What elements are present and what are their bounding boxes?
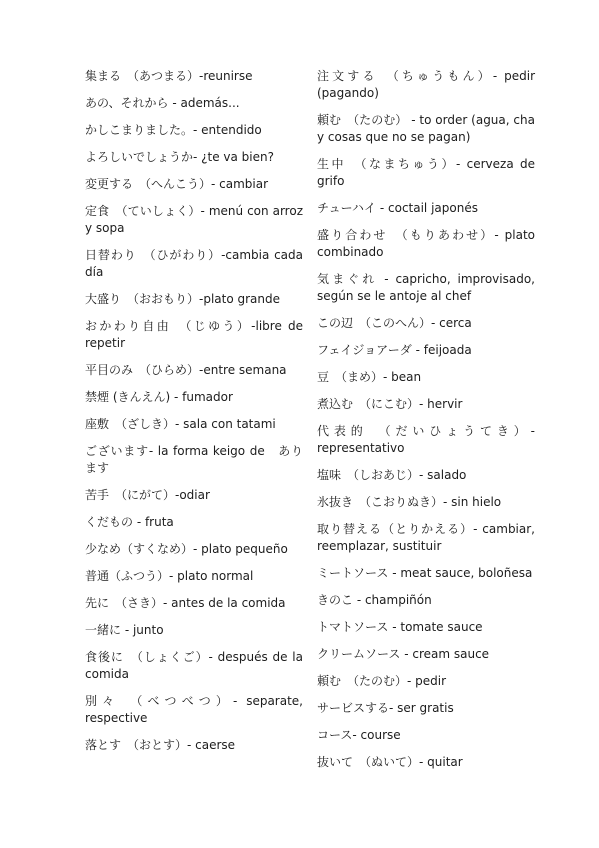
vocab-entry: 座敷 （ざしき）- sala con tatami: [85, 416, 303, 433]
vocab-entry: 落とす （おとす）- caerse: [85, 737, 303, 754]
vocab-entry: ございます- la forma keigo de あります: [85, 443, 303, 477]
vocab-entry: 禁煙 (きんえん) - fumador: [85, 389, 303, 406]
vocab-entry: ミートソース - meat sauce, boloñesa: [317, 565, 535, 582]
right-column: 注文する （ちゅうもん）- pedir (pagando)頼む （たのむ） - …: [317, 68, 535, 781]
vocab-entry: 先に （さき）- antes de la comida: [85, 595, 303, 612]
vocab-entry: 代表的 （だいひょうてき）- representativo: [317, 423, 535, 457]
vocab-entry: 定食 （ていしょく）- menú con arroz y sopa: [85, 203, 303, 237]
vocab-entry: 頼む （たのむ）- pedir: [317, 673, 535, 690]
vocab-entry: 変更する （へんこう）- cambiar: [85, 176, 303, 193]
vocab-entry: この辺 （このへん）- cerca: [317, 315, 535, 332]
vocab-entry: トマトソース - tomate sauce: [317, 619, 535, 636]
vocab-entry: 煮込む （にこむ）- hervir: [317, 396, 535, 413]
vocab-entry: 抜いて （ぬいて）- quitar: [317, 754, 535, 771]
vocab-entry: くだもの - fruta: [85, 514, 303, 531]
vocab-entry: 日替わり （ひがわり）-cambia cada día: [85, 247, 303, 281]
vocab-list: 集まる （あつまる）-reunirseあの、それから - además...かし…: [85, 68, 534, 781]
vocab-entry: 平目のみ （ひらめ）-entre semana: [85, 362, 303, 379]
vocab-entry: フェイジョアーダ - feijoada: [317, 342, 535, 359]
vocab-entry: 生中 （なまちゅう）- cerveza de grifo: [317, 156, 535, 190]
vocab-entry: 別々 （べつべつ）- separate, respective: [85, 693, 303, 727]
vocab-entry: おかわり自由 （じゆう）-libre de repetir: [85, 318, 303, 352]
vocab-entry: 一緒に - junto: [85, 622, 303, 639]
vocab-entry: 苦手 （にがて）-odiar: [85, 487, 303, 504]
vocab-entry: 盛り合わせ （もりあわせ）- plato combinado: [317, 227, 535, 261]
vocab-entry: 塩味 （しおあじ）- salado: [317, 467, 535, 484]
vocab-entry: かしこまりました。- entendido: [85, 122, 303, 139]
vocab-entry: きのこ - champiñón: [317, 592, 535, 609]
vocab-entry: 集まる （あつまる）-reunirse: [85, 68, 303, 85]
vocab-entry: チューハイ - coctail japonés: [317, 200, 535, 217]
vocab-entry: 注文する （ちゅうもん）- pedir (pagando): [317, 68, 535, 102]
vocab-entry: コース- course: [317, 727, 535, 744]
vocab-entry: 頼む （たのむ） - to order (agua, cha y cosas q…: [317, 112, 535, 146]
vocab-entry: 気まぐれ - capricho, improvisado, según se l…: [317, 271, 535, 305]
vocab-entry: 氷抜き （こおりぬき）- sin hielo: [317, 494, 535, 511]
vocab-entry: サービスする- ser gratis: [317, 700, 535, 717]
vocab-entry: よろしいでしょうか- ¿te va bien?: [85, 149, 303, 166]
vocab-entry: 少なめ（すくなめ）- plato pequeño: [85, 541, 303, 558]
left-column: 集まる （あつまる）-reunirseあの、それから - además...かし…: [85, 68, 303, 781]
vocab-entry: クリームソース - cream sauce: [317, 646, 535, 663]
document-page: 集まる （あつまる）-reunirseあの、それから - además...かし…: [0, 0, 599, 848]
vocab-entry: 豆 （まめ）- bean: [317, 369, 535, 386]
vocab-entry: 取り替える（とりかえる）- cambiar, reemplazar, susti…: [317, 521, 535, 555]
vocab-entry: 大盛り （おおもり）-plato grande: [85, 291, 303, 308]
vocab-entry: 食後に （しょくご）- después de la comida: [85, 649, 303, 683]
vocab-entry: あの、それから - además...: [85, 95, 303, 112]
vocab-entry: 普通（ふつう）- plato normal: [85, 568, 303, 585]
